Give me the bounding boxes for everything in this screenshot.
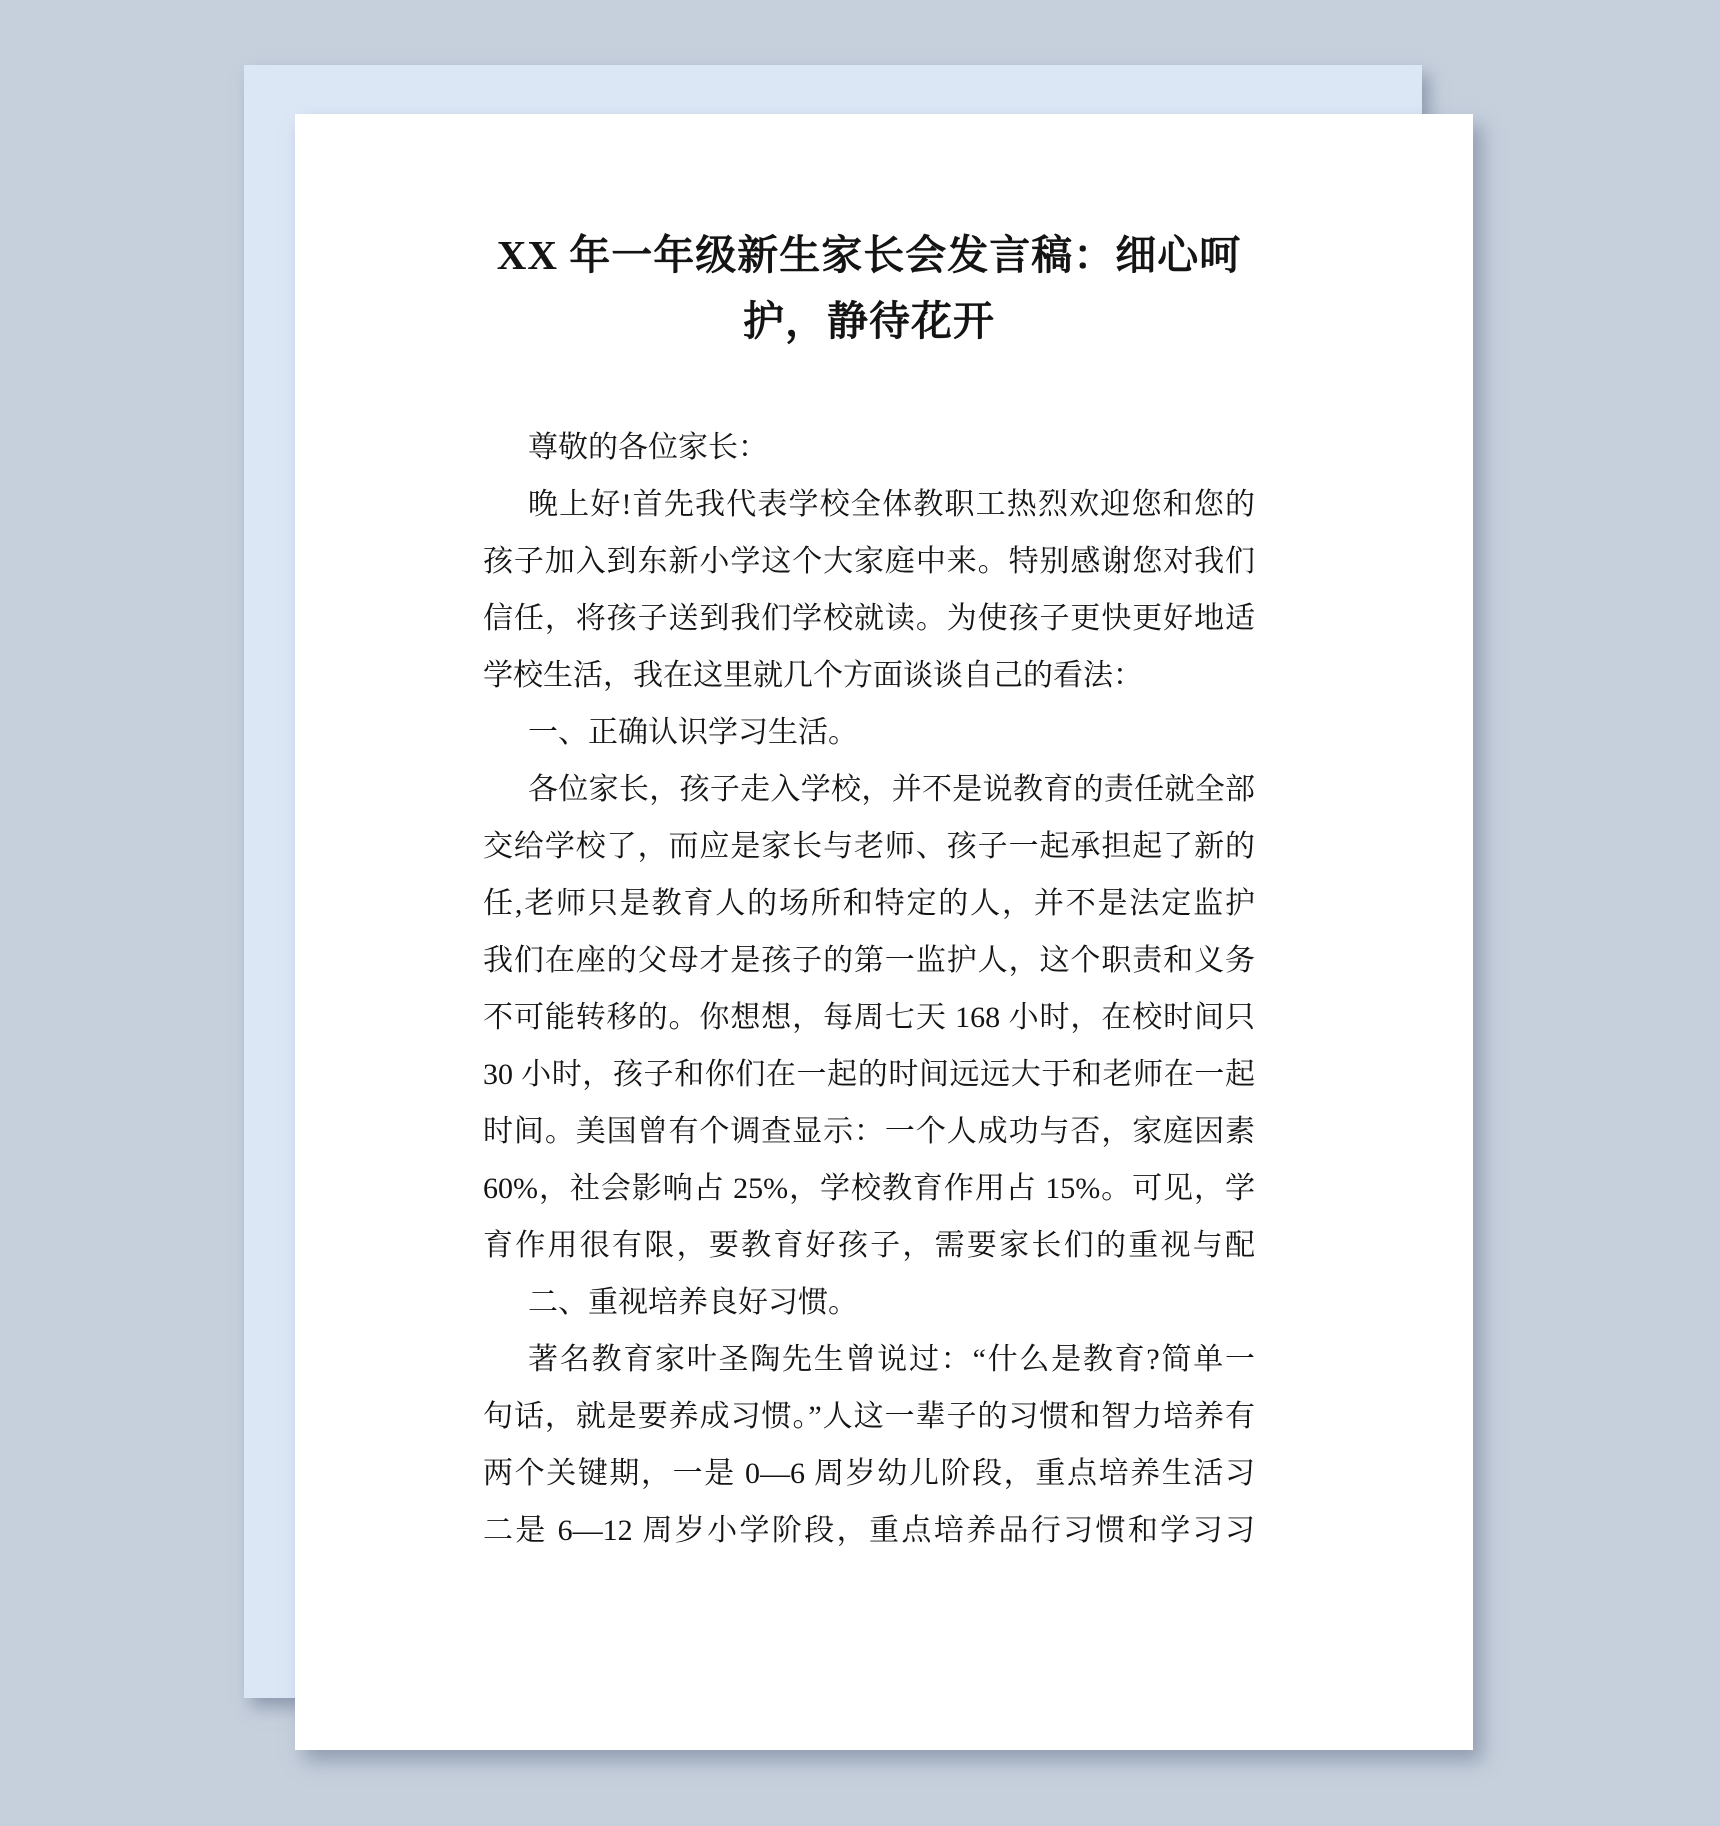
text-line: 两个关键期，一是 0—6 周岁幼儿阶段，重点培养生活习惯； — [483, 1445, 1255, 1502]
desktop-background: { "page": { "background_color": "#c6d0dd… — [0, 0, 1720, 1826]
text-line: 二是 6—12 周岁小学阶段，重点培养品行习惯和学习习惯。 — [483, 1502, 1255, 1559]
text-line: 学校生活，我在这里就几个方面谈谈自己的看法： — [483, 647, 1255, 704]
text-line: 孩子加入到东新小学这个大家庭中来。特别感谢您对我们的 — [483, 533, 1255, 590]
document-body: 尊敬的各位家长：晚上好!首先我代表学校全体教职工热烈欢迎您和您的孩子加入到东新小… — [483, 419, 1255, 1559]
text-line: 一、正确认识学习生活。 — [483, 704, 1255, 761]
text-line: 二、重视培养良好习惯。 — [483, 1274, 1255, 1331]
text-line: 著名教育家叶圣陶先生曾说过：“什么是教育?简单一 — [483, 1331, 1255, 1388]
text-line: 信任，将孩子送到我们学校就读。为使孩子更快更好地适应 — [483, 590, 1255, 647]
text-line: 育作用很有限，要教育好孩子，需要家长们的重视与配合。 — [483, 1217, 1255, 1274]
text-line: 各位家长，孩子走入学校，并不是说教育的责任就全部 — [483, 761, 1255, 818]
text-line: 时间。美国曾有个调查显示：一个人成功与否，家庭因素占 — [483, 1103, 1255, 1160]
text-line: 60%，社会影响占 25%，学校教育作用占 15%。可见，学校教 — [483, 1160, 1255, 1217]
title-line: XX 年一年级新生家长会发言稿：细心呵 — [483, 222, 1255, 288]
text-line: 我们在座的父母才是孩子的第一监护人，这个职责和义务是 — [483, 932, 1255, 989]
text-line: 尊敬的各位家长： — [483, 419, 1255, 476]
text-line: 不可能转移的。你想想，每周七天 168 小时，在校时间只有 — [483, 989, 1255, 1046]
document-page: XX 年一年级新生家长会发言稿：细心呵护，静待花开 尊敬的各位家长：晚上好!首先… — [295, 114, 1473, 1750]
title-line: 护，静待花开 — [483, 288, 1255, 354]
document-title: XX 年一年级新生家长会发言稿：细心呵护，静待花开 — [483, 222, 1255, 354]
text-line: 任,老师只是教育人的场所和特定的人，并不是法定监护人， — [483, 875, 1255, 932]
text-line: 30 小时，孩子和你们在一起的时间远远大于和老师在一起的 — [483, 1046, 1255, 1103]
text-line: 句话，就是要养成习惯。”人这一辈子的习惯和智力培养有 — [483, 1388, 1255, 1445]
text-line: 晚上好!首先我代表学校全体教职工热烈欢迎您和您的 — [483, 476, 1255, 533]
text-line: 交给学校了，而应是家长与老师、孩子一起承担起了新的责 — [483, 818, 1255, 875]
